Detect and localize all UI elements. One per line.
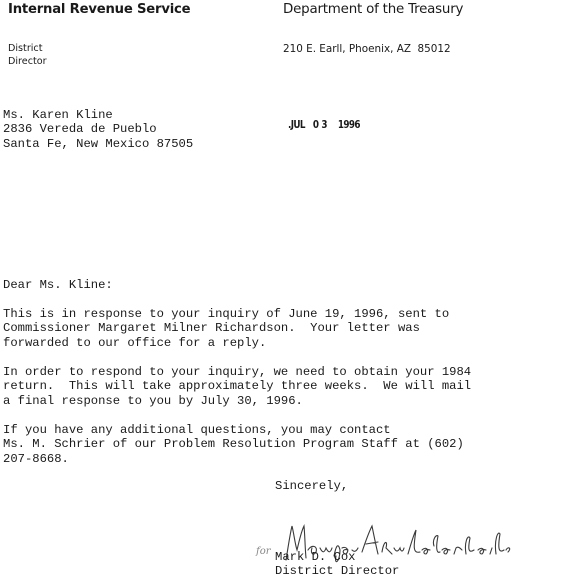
recipient-address: Ms. Karen Kline 2836 Vereda de Pueblo Sa… (3, 108, 193, 151)
paragraph-line: Commissioner Margaret Milner Richardson.… (3, 321, 420, 335)
paragraph-line: forwarded to our office for a reply. (3, 336, 266, 350)
paragraph-line: 207-8668. (3, 452, 69, 466)
stamp-year: 1996 (338, 118, 360, 131)
office-line: District (8, 43, 42, 54)
date-stamp: .JUL031996 (288, 118, 360, 131)
paragraph-line: If you have any additional questions, yo… (3, 423, 391, 437)
recipient-street: 2836 Vereda de Pueblo (3, 122, 157, 136)
signer-title: District Director (275, 564, 399, 578)
signature-block: Mark D. Cox District Director (275, 550, 399, 579)
office-label: District Director (8, 43, 47, 68)
paragraph-line: return. This will take approximately thr… (3, 379, 471, 393)
salutation: Dear Ms. Kline: (3, 278, 113, 292)
paragraph-2: In order to respond to your inquiry, we … (3, 365, 471, 408)
paragraph-1: This is in response to your inquiry of J… (3, 307, 449, 350)
recipient-city: Santa Fe, New Mexico 87505 (3, 137, 193, 151)
paragraph-line: This is in response to your inquiry of J… (3, 307, 449, 321)
recipient-name: Ms. Karen Kline (3, 108, 113, 122)
office-address: 210 E. Earll, Phoenix, AZ 85012 (283, 43, 451, 55)
agency-name: Internal Revenue Service (8, 2, 190, 17)
signer-name: Mark D. Cox (275, 550, 355, 564)
closing: Sincerely, (275, 479, 348, 493)
department-name: Department of the Treasury (283, 2, 463, 17)
paragraph-line: a final response to you by July 30, 1996… (3, 394, 303, 408)
per-initials: for (256, 546, 271, 557)
stamp-month: JUL (291, 118, 305, 131)
paragraph-line: In order to respond to your inquiry, we … (3, 365, 471, 379)
paragraph-3: If you have any additional questions, yo… (3, 423, 464, 466)
stamp-day: 03 (313, 118, 330, 131)
office-line: Director (8, 56, 47, 67)
paragraph-line: Ms. M. Schrier of our Problem Resolution… (3, 437, 464, 451)
